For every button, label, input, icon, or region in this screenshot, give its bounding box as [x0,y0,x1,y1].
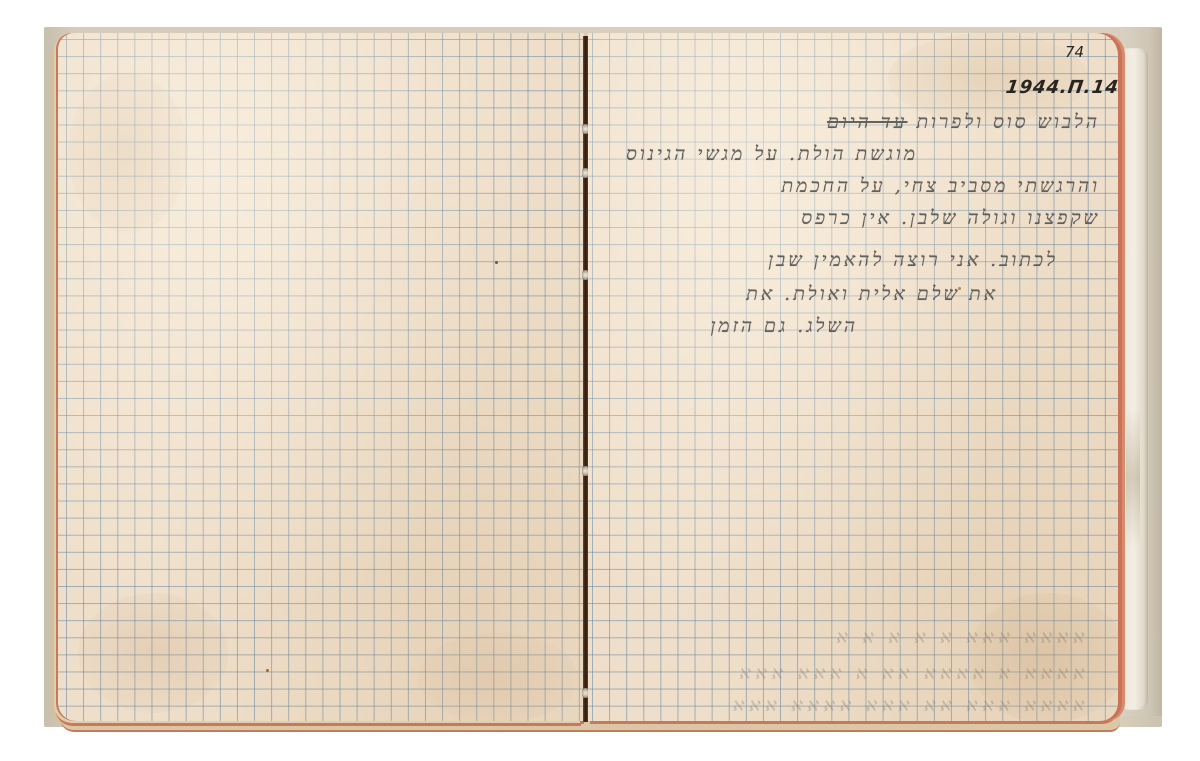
ink-speck [266,669,269,672]
bleed-through-text: ℵℵℵ ℵℵℵℵ ℵℵℵ ℵℵ ℵℵℵ ℵℵℵℵ [732,697,1088,715]
left-page [58,33,584,721]
entry-date: 1944.Π.14 [1005,77,1118,98]
page-number: 74 [1065,43,1084,61]
right-page: 74 1944.Π.14 הלבוש סוס ולפרות עד היום מו… [588,33,1118,721]
ink-speck [958,287,961,290]
struck-out-text: עד היום [827,111,907,133]
handwritten-line-1: הלבוש סוס ולפרות עד היום [827,111,1100,134]
handwritten-text: הלבוש סוס ולפרות [916,111,1100,133]
paper-stain [68,73,188,233]
handwritten-line-4: שקפצנו וגולה שלבן. אין כרפס [801,207,1100,230]
handwritten-line-3: והרגשתי מסביב צחי, על החכמת [781,175,1100,198]
paper-stain [418,633,578,721]
notebook-scene: 74 1944.Π.14 הלבוש סוס ולפרות עד היום מו… [0,0,1200,761]
handwritten-line-2: מוגשת הולת. על מגשי הגינוס [626,143,918,166]
handwritten-line-7: השלג. גם הזמן [710,315,858,338]
bleed-through-text: ℵ ℵ ℵ ℵ ℵ ℵℵℵ ℵℵℵℵ [835,629,1088,647]
bleed-through-text: ℵℵℵ ℵℵℵ ℵ ℵℵ ℵℵℵℵ ℵ ℵℵℵℵ [738,665,1088,683]
paper-stain [78,593,228,713]
handwritten-line-5: לכתוב. אני רוצה להאמין שבן [768,249,1058,272]
page-stack-right [1124,48,1148,710]
ink-speck [495,261,498,264]
